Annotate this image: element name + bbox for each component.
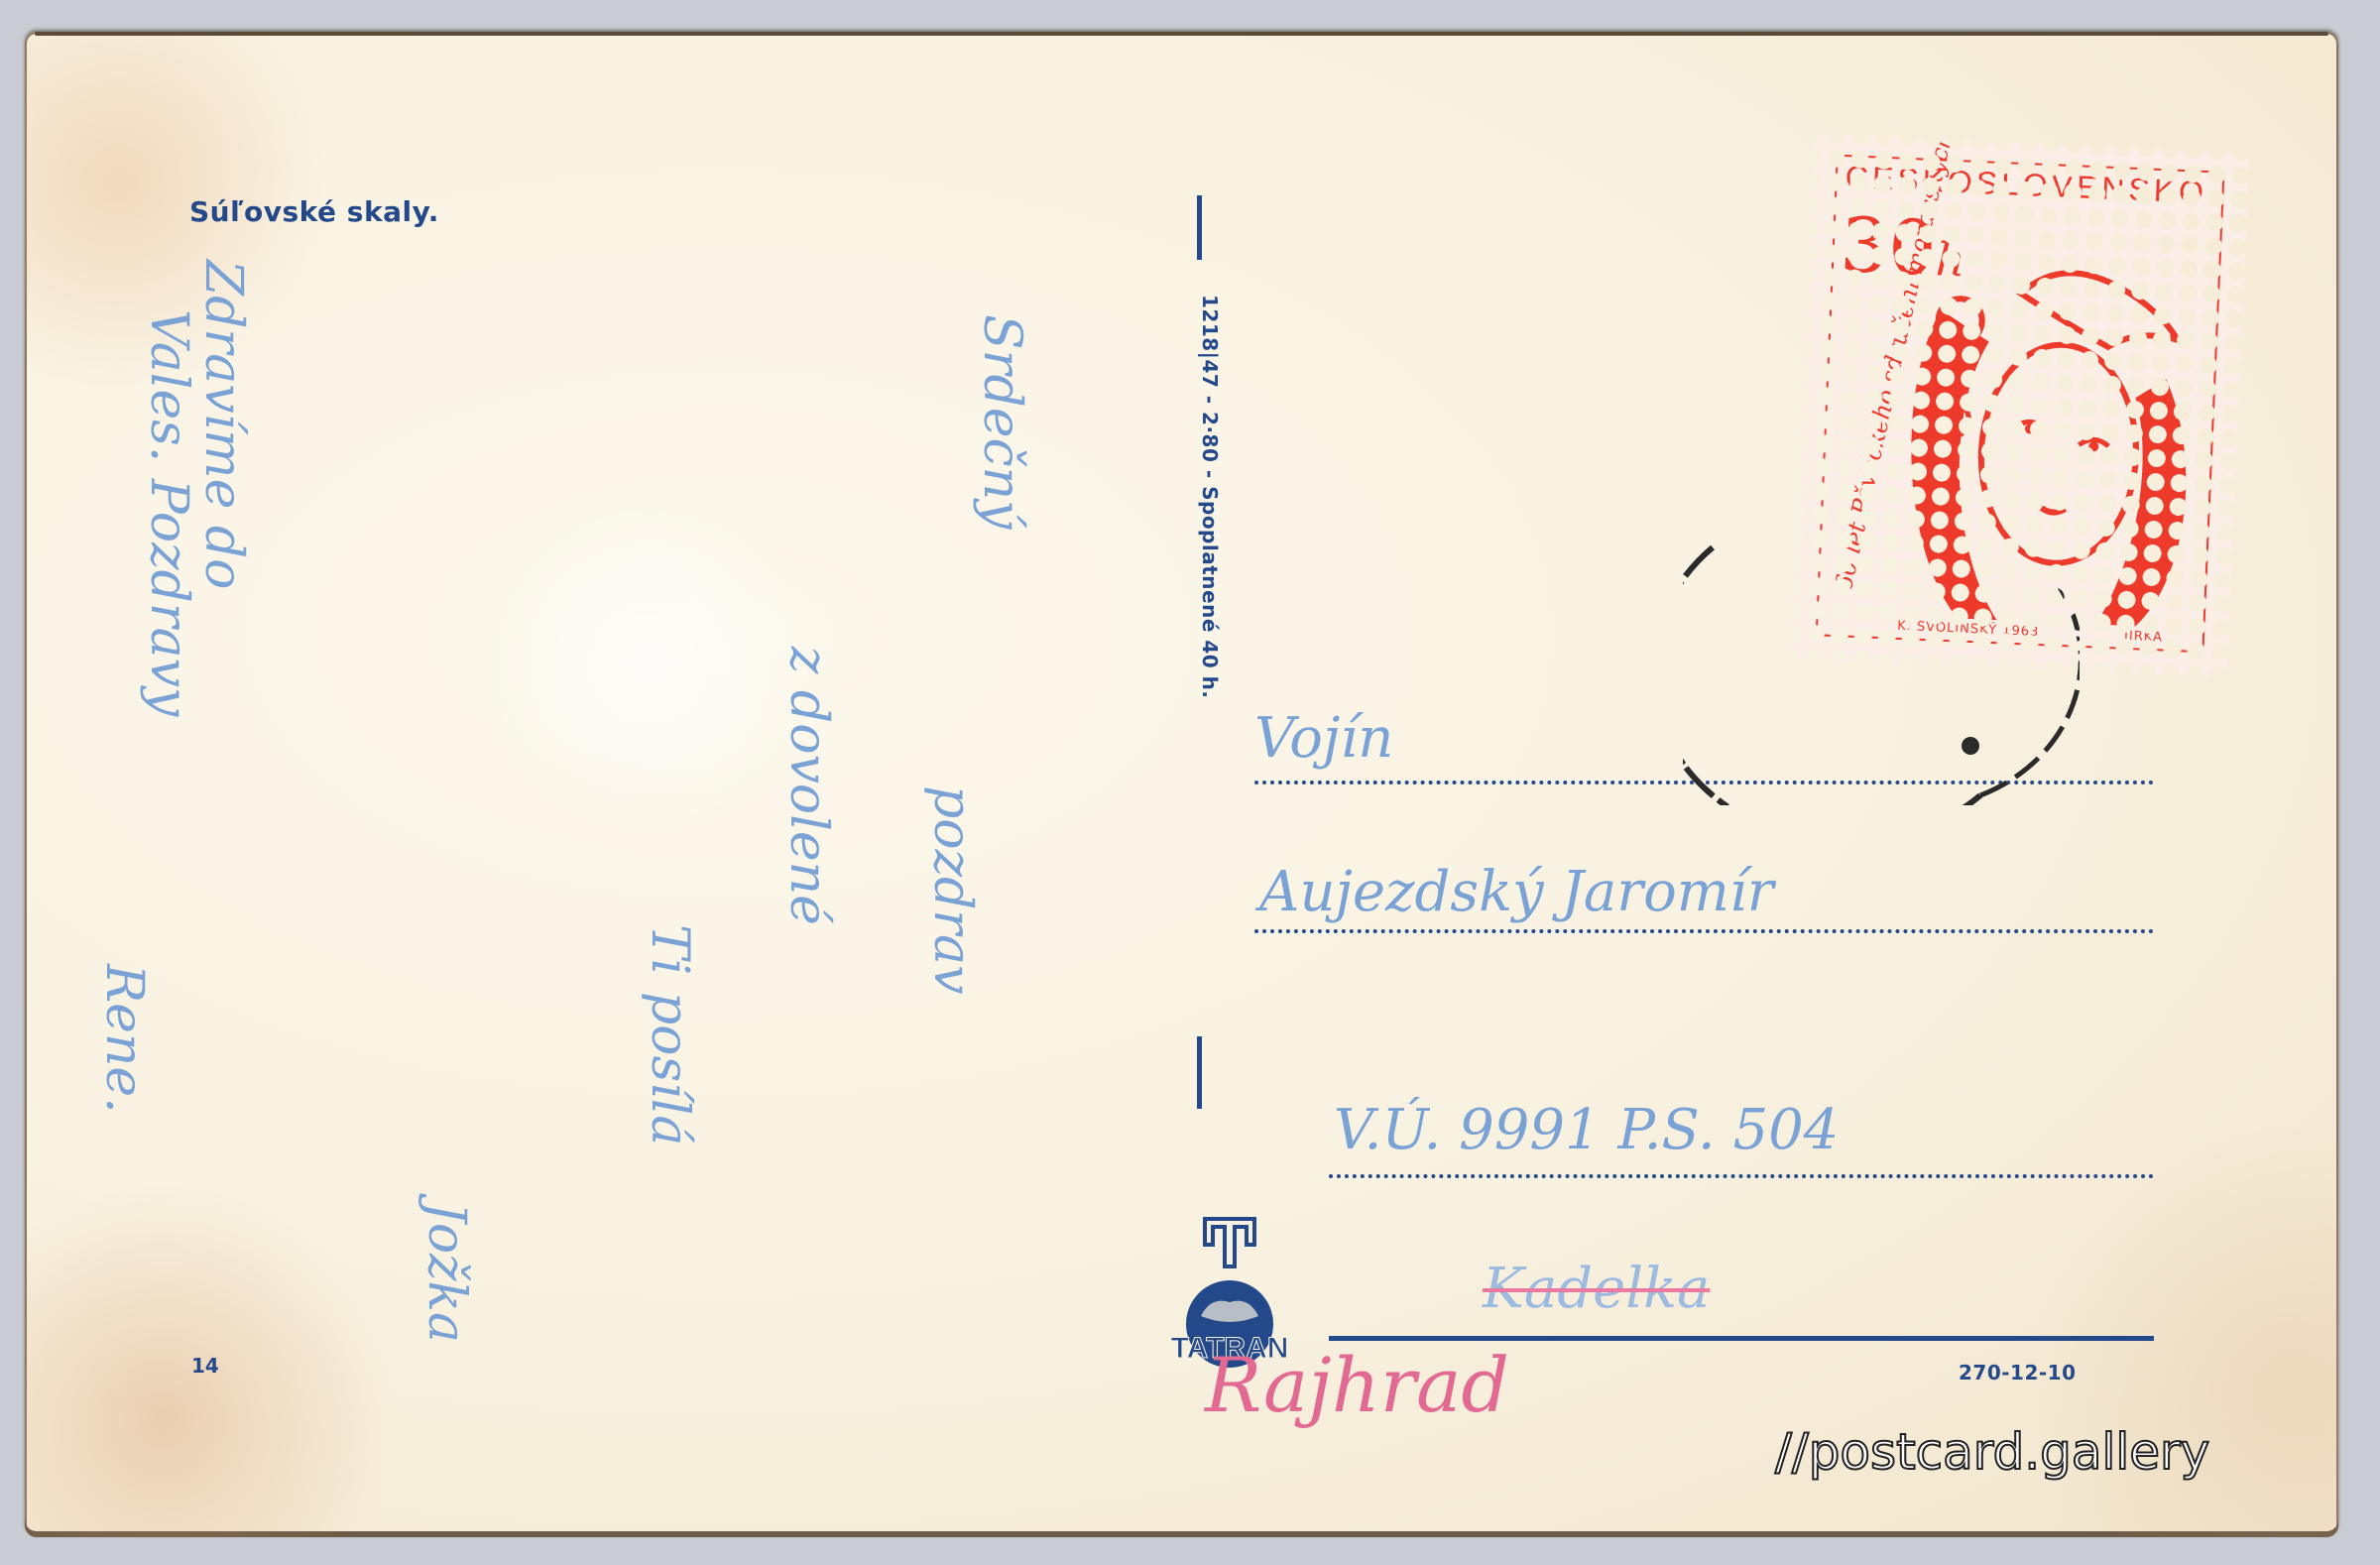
card-number: 14	[191, 1354, 219, 1378]
stamp-engraver: JIRKA	[2124, 629, 2164, 646]
message-line: Rene.	[94, 964, 154, 1114]
postcard-title: Súľovské skaly.	[189, 195, 439, 228]
address-unit: V.Ú. 9991 P.S. 504	[1334, 1098, 1839, 1162]
address-line-2	[1254, 929, 2154, 933]
message-line: Ti posílá	[640, 924, 699, 1145]
address-town-crossed: Kadelka	[1483, 1257, 1710, 1321]
message-line: Srdečný	[972, 314, 1031, 530]
center-divider-top	[1197, 195, 1202, 260]
message-line: Zdravíme do	[193, 260, 253, 590]
address-town-correction: Rajhrad	[1205, 1341, 1509, 1429]
center-divider-bottom	[1197, 1036, 1202, 1109]
woman-with-dove-icon	[1887, 249, 2210, 639]
message-line: pozdrav	[922, 785, 982, 995]
print-info-vertical: 1218|47 - 2·80 - Spoplatnené 40 h.	[1198, 295, 1222, 699]
postage-stamp: ČESKOSLOVENSKO 30h 60 let Pěveckého sdru…	[1791, 134, 2250, 678]
print-code: 270-12-10	[1959, 1361, 2077, 1384]
watermark: //postcard.gallery	[1775, 1423, 2209, 1481]
message-line: Vales. Pozdravy	[139, 309, 198, 716]
address-rank: Vojín	[1254, 706, 1393, 771]
address-name: Aujezdský Jaromír	[1259, 860, 1774, 924]
message-signature: Jožka	[416, 1202, 476, 1343]
message-line: z dovolené	[778, 647, 838, 925]
postcard-back: Súľovské skaly. 14 1218|47 - 2·80 - Spop…	[25, 32, 2338, 1537]
card-edge	[35, 32, 2328, 36]
address-line-3	[1329, 1174, 2154, 1178]
